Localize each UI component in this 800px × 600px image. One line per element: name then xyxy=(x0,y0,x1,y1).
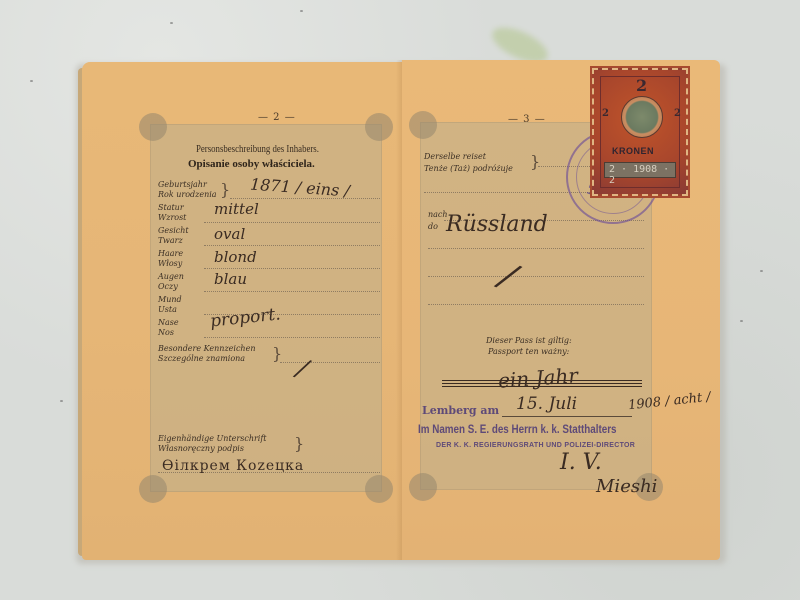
label-polish: Włosy xyxy=(158,259,182,269)
page-number: — 2 — xyxy=(258,112,296,123)
stamp-currency: KRONEN xyxy=(612,146,654,156)
background-speck xyxy=(760,270,763,272)
form-ornament xyxy=(409,473,437,501)
label-polish: Usta xyxy=(158,305,177,315)
handwritten-value: blau xyxy=(214,270,247,288)
label-polish: Własnoręczny podpis xyxy=(158,444,244,454)
fill-line xyxy=(204,268,380,269)
label-polish: Oczy xyxy=(158,282,178,292)
fill-line xyxy=(204,222,380,223)
label-german: Besondere Kennzeichen xyxy=(158,344,255,354)
fill-line xyxy=(204,291,380,292)
fill-line xyxy=(428,248,644,249)
handwritten-value: oval xyxy=(214,225,245,243)
fill-line xyxy=(230,198,380,199)
validity-label-polish: Passport ten ważny: xyxy=(488,347,569,357)
fill-line xyxy=(204,337,380,338)
title-polish: Opisanie osoby właściciela. xyxy=(188,158,315,170)
label-polish: Rok urodzenia xyxy=(158,190,217,200)
stamp-overprint: 2 · 1908 · 2 xyxy=(609,164,675,186)
date-line xyxy=(502,416,632,417)
official-signature: Mieshi xyxy=(596,476,657,497)
revenue-stamp: 2 2 2 KRONEN 2 · 1908 · 2 xyxy=(592,68,688,196)
cancel-line xyxy=(442,383,642,384)
travels-label-polish: Tenże (Taż) podróżuje xyxy=(424,164,513,174)
label-german: Mund xyxy=(158,295,182,305)
label-german: Haare xyxy=(158,249,183,259)
authority-stamp-line1: Im Namen S. E. des Herrn k. k. Statthalt… xyxy=(418,422,617,436)
stamp-denomination-right: 2 xyxy=(674,108,681,119)
validity-label-german: Dieser Pass ist giltig: xyxy=(486,336,572,346)
brace: } xyxy=(220,182,230,198)
fill-line xyxy=(428,276,644,277)
fill-line xyxy=(280,362,380,363)
label-german: Nase xyxy=(158,318,179,328)
stamp-medallion xyxy=(621,96,663,138)
cancel-line xyxy=(442,386,642,387)
background-speck xyxy=(30,80,33,82)
form-ornament xyxy=(139,475,167,503)
label-polish: Nos xyxy=(158,328,174,338)
destination-value: Rüssland xyxy=(446,212,548,237)
label-german: Geburtsjahr xyxy=(158,180,207,190)
date-value: 15. Juli xyxy=(516,394,577,414)
background-speck xyxy=(60,400,63,402)
label-german: Gesicht xyxy=(158,226,189,236)
destination-label-polish: do xyxy=(428,222,438,232)
background-speck xyxy=(740,320,743,322)
holder-signature: Ѳілкрем Коzeцка xyxy=(162,458,304,474)
official-initials: I. V. xyxy=(560,450,602,475)
handwritten-value: mittel xyxy=(214,200,259,218)
fill-line xyxy=(204,245,380,246)
title-german: Personsbeschreibung des Inhabers. xyxy=(196,144,319,155)
fill-line xyxy=(428,304,644,305)
stamp-denomination-top: 2 xyxy=(636,76,647,95)
label-polish: Wzrost xyxy=(158,213,186,223)
left-page: — 2 — Personsbeschreibung des Inhabers. … xyxy=(82,62,404,560)
brace: } xyxy=(294,436,304,452)
handwritten-value: blond xyxy=(214,248,257,266)
authority-stamp-line2: DER K. K. REGIERUNGSRATH UND POLIZEI-DIR… xyxy=(436,442,635,449)
destination-label-german: nach xyxy=(428,210,448,220)
label-polish: Szczególne znamiona xyxy=(158,354,245,364)
travels-label-german: Derselbe reiset xyxy=(424,152,486,162)
label-german: Eigenhändige Unterschrift xyxy=(158,434,267,444)
label-german: Augen xyxy=(158,272,184,282)
page-number: — 3 — xyxy=(508,114,546,125)
form-ornament xyxy=(139,113,167,141)
form-ornament xyxy=(365,113,393,141)
label-polish: Twarz xyxy=(158,236,183,246)
brace: } xyxy=(272,346,282,362)
place-date-label: Lemberg am xyxy=(422,404,499,417)
form-ornament xyxy=(409,111,437,139)
stamp-denomination-left: 2 xyxy=(602,108,609,119)
brace: } xyxy=(530,154,540,170)
stamp-overprint-band: 2 · 1908 · 2 xyxy=(604,162,676,178)
background-speck xyxy=(300,10,303,12)
cancel-line xyxy=(442,380,642,381)
background-speck xyxy=(170,22,173,24)
label-german: Statur xyxy=(158,203,184,213)
passport-booklet: — 2 — Personsbeschreibung des Inhabers. … xyxy=(78,58,723,558)
form-ornament xyxy=(365,475,393,503)
